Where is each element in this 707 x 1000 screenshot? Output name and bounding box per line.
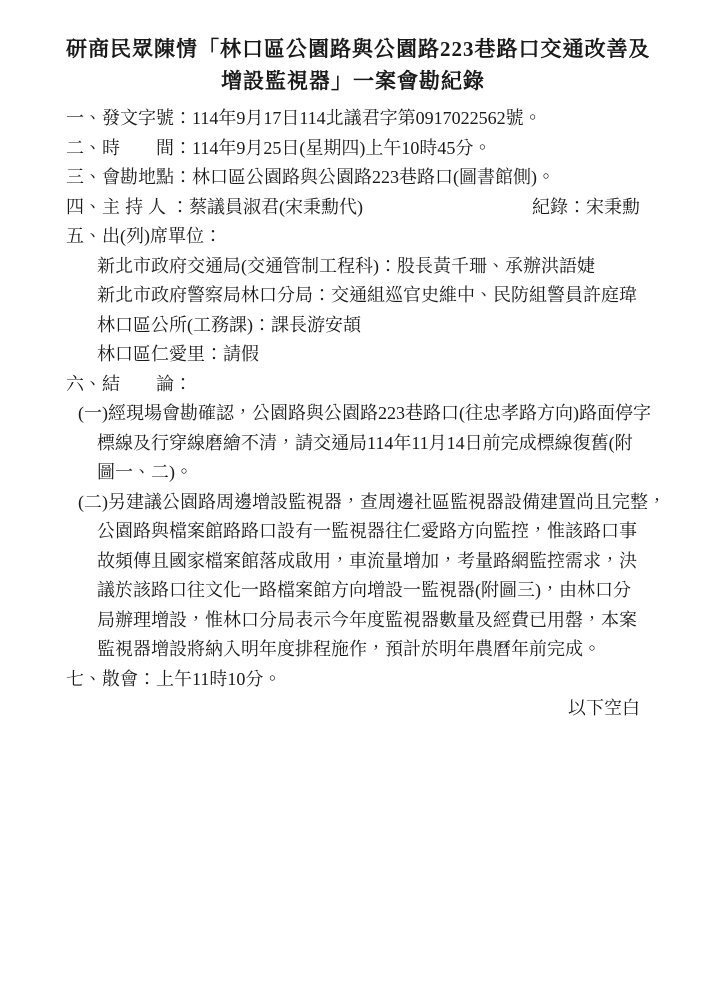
item-number: 二、 bbox=[66, 138, 102, 158]
conclusion-line: 監視器增設將納入明年度排程施作，預計於明年農曆年前完成。 bbox=[97, 635, 640, 665]
meeting-location-row: 三、會勘地點：林口區公園路與公園路223巷路口(圖書館側)。 bbox=[66, 163, 640, 193]
chair-row: 四、主持人：蔡議員淑君(宋秉勳代) 紀錄：宋秉勳 bbox=[66, 193, 640, 223]
item-value: 114年9月25日(星期四)上午10時45分。 bbox=[192, 138, 491, 158]
item-number: 五、 bbox=[66, 226, 102, 246]
title-line-1: 研商民眾陳情「林口區公園路與公園路223巷路口交通改善及 bbox=[66, 33, 640, 65]
doc-number-row: 一、發文字號：114年9月17日114北議君字第0917022562號。 bbox=[66, 104, 640, 134]
item-number: 七、 bbox=[66, 669, 102, 689]
conclusion-line: 圖一、二)。 bbox=[97, 458, 640, 488]
document-body: 一、發文字號：114年9月17日114北議君字第0917022562號。 二、時… bbox=[66, 104, 640, 724]
attendee-line: 林口區公所(工務課)：課長游安頡 bbox=[97, 311, 640, 341]
conclusion-item-1: (一)經現場會勘確認，公園路與公園路223巷路口(往忠孝路方向)路面停字 標線及… bbox=[66, 399, 640, 488]
item-value: 上午11時10分。 bbox=[156, 669, 281, 689]
item-value: 蔡議員淑君(宋秉勳代) bbox=[189, 197, 363, 217]
document-content: 研商民眾陳情「林口區公園路與公園路223巷路口交通改善及 增設監視器」一案會勘紀… bbox=[0, 0, 707, 724]
conclusion-header-row: 六、結 論： bbox=[66, 370, 640, 400]
attendee-line: 林口區仁愛里：請假 bbox=[97, 340, 640, 370]
item-number: 一、 bbox=[66, 108, 102, 128]
conclusion-line: 議於該路口往文化一路檔案館方向增設一監視器(附圖三)，由林口分 bbox=[97, 576, 640, 606]
attendees-header-row: 五、出(列)席單位： bbox=[66, 222, 640, 252]
item-label: 時 間 bbox=[102, 138, 174, 158]
meeting-time-row: 二、時 間：114年9月25日(星期四)上午10時45分。 bbox=[66, 134, 640, 164]
item-colon: ： bbox=[174, 167, 192, 187]
item-label: 會勘地點 bbox=[102, 167, 174, 187]
title-line-2: 增設監視器」一案會勘紀錄 bbox=[66, 65, 640, 97]
recorder-label: 紀錄：宋秉勳 bbox=[532, 193, 640, 223]
item-number: 四、 bbox=[66, 197, 102, 217]
item-colon: ： bbox=[204, 226, 222, 246]
attendee-line: 新北市政府警察局林口分局：交通組巡官史維中、民防組警員許庭瑋 bbox=[97, 281, 640, 311]
conclusion-line: (二)另建議公園路周邊增設監視器，查周邊社區監視器設備建置尚且完整， bbox=[78, 488, 640, 518]
conclusion-line: (一)經現場會勘確認，公園路與公園路223巷路口(往忠孝路方向)路面停字 bbox=[78, 399, 640, 429]
document-page: 研商民眾陳情「林口區公園路與公園路223巷路口交通改善及 增設監視器」一案會勘紀… bbox=[0, 0, 707, 1000]
conclusion-line: 局辦理增設，惟林口分局表示今年度監視器數量及經費已用罄，本案 bbox=[97, 606, 640, 636]
item-colon: ： bbox=[138, 669, 156, 689]
below-blank-note: 以下空白 bbox=[66, 694, 640, 724]
attendee-line: 新北市政府交通局(交通管制工程科)：股長黃千珊、承辦洪語婕 bbox=[97, 252, 640, 282]
item-colon: ： bbox=[174, 108, 192, 128]
chair-left: 四、主持人：蔡議員淑君(宋秉勳代) bbox=[66, 193, 363, 223]
conclusion-item-2: (二)另建議公園路周邊增設監視器，查周邊社區監視器設備建置尚且完整， 公園路與檔… bbox=[66, 488, 640, 665]
item-colon: ： bbox=[174, 374, 192, 394]
item-label: 主持人 bbox=[102, 197, 171, 217]
item-label: 出(列)席單位 bbox=[102, 226, 204, 246]
item-label: 發文字號 bbox=[102, 108, 174, 128]
item-label: 散會 bbox=[102, 669, 138, 689]
conclusion-line: 標線及行穿線磨繪不清，請交通局114年11月14日前完成標線復舊(附 bbox=[97, 429, 640, 459]
document-title: 研商民眾陳情「林口區公園路與公園路223巷路口交通改善及 增設監視器」一案會勘紀… bbox=[66, 33, 640, 97]
item-number: 三、 bbox=[66, 167, 102, 187]
adjourn-row: 七、散會：上午11時10分。 bbox=[66, 665, 640, 695]
conclusion-line: 公園路與檔案館路路口設有一監視器往仁愛路方向監控，惟該路口事 bbox=[97, 517, 640, 547]
item-colon: ： bbox=[171, 197, 189, 217]
item-label: 結 論 bbox=[102, 374, 174, 394]
conclusion-line: 故頻傳且國家檔案館落成啟用，車流量增加，考量路網監控需求，決 bbox=[97, 547, 640, 577]
item-value: 114年9月17日114北議君字第0917022562號。 bbox=[192, 108, 542, 128]
item-colon: ： bbox=[174, 138, 192, 158]
item-number: 六、 bbox=[66, 374, 102, 394]
item-value: 林口區公園路與公園路223巷路口(圖書館側)。 bbox=[192, 167, 555, 187]
